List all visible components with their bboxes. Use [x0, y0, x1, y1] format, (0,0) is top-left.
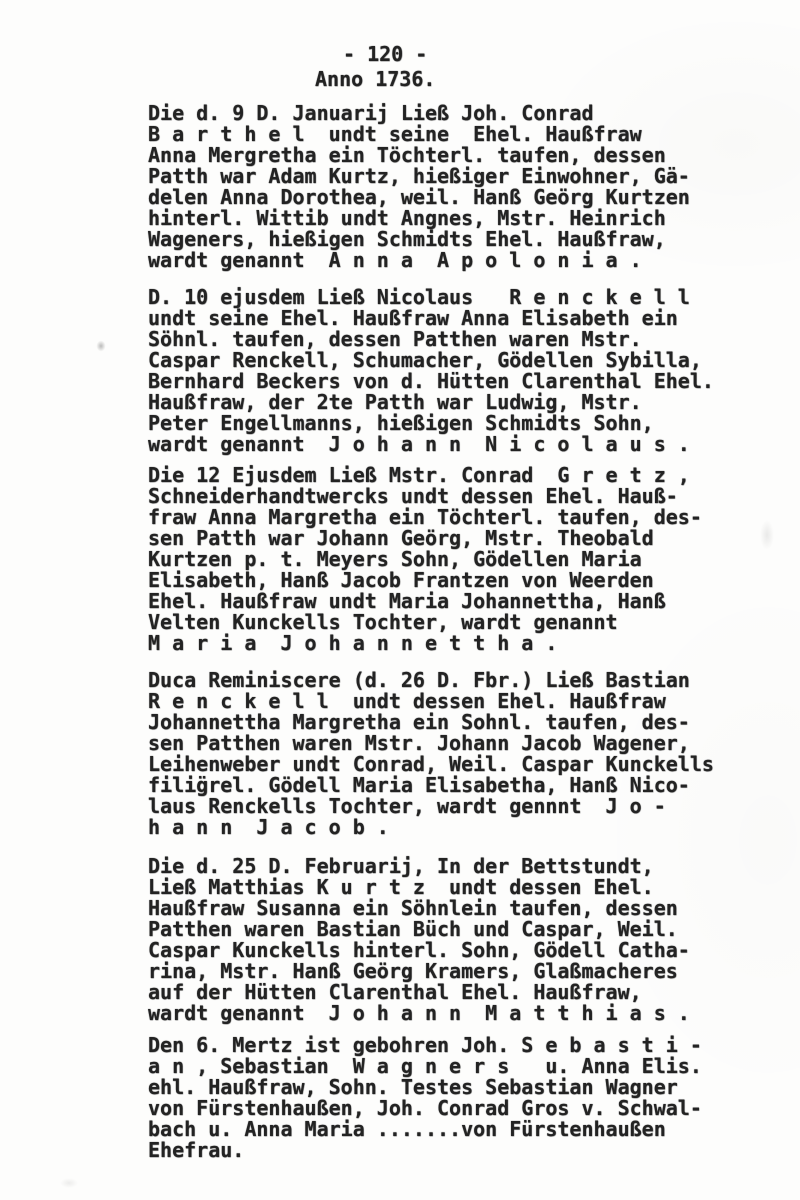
scan-smudge: [96, 340, 106, 352]
baptism-entry-3: Die 12 Ejusdem Ließ Mstr. Conrad G r e t…: [148, 465, 702, 654]
page-title: Anno 1736.: [315, 69, 435, 90]
page-number: - 120 -: [343, 44, 427, 65]
birth-entry-6: Den 6. Mertz ist gebohren Joh. S e b a s…: [148, 1035, 702, 1161]
scan-smudge: [760, 520, 774, 550]
baptism-entry-5: Die d. 25 D. Februarij, In der Bettstund…: [148, 856, 690, 1024]
baptism-entry-4: Duca Reminiscere (d. 26 D. Fbr.) Ließ Ba…: [148, 670, 714, 838]
baptism-entry-2: D. 10 ejusdem Ließ Nicolaus R e n c k e …: [148, 287, 714, 455]
scan-smudge: [60, 1178, 78, 1188]
scanned-register-page: - 120 - Anno 1736. Die d. 9 D. Januarij …: [0, 0, 800, 1200]
baptism-entry-1: Die d. 9 D. Januarij Ließ Joh. Conrad B …: [148, 103, 690, 271]
